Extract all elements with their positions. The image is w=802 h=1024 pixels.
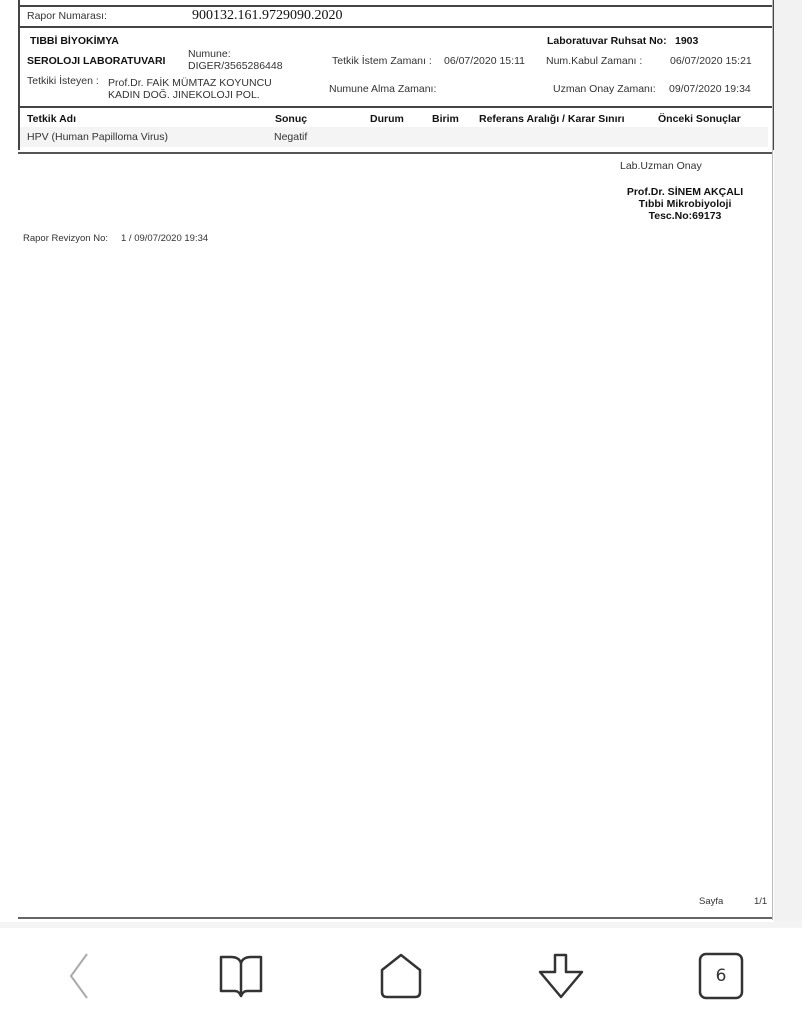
back-icon: [65, 952, 95, 1000]
divider: [18, 26, 772, 28]
ruhsat-label: Laboratuvar Ruhsat No:: [547, 35, 667, 47]
scroll-margin: [774, 0, 802, 922]
browser-bottom-toolbar: 6: [0, 928, 802, 1024]
revision-label: Rapor Revizyon No:: [23, 233, 108, 244]
approval-title: Lab.Uzman Onay: [620, 160, 702, 172]
divider: [18, 152, 772, 154]
kabul-value: 06/07/2020 15:21: [670, 55, 752, 67]
col-sonuc: Sonuç: [275, 113, 307, 125]
alma-label: Numune Alma Zamanı:: [329, 83, 436, 95]
home-icon: [376, 952, 426, 1000]
kabul-label: Num.Kabul Zamanı :: [546, 55, 642, 67]
revision-value: 1 / 09/07/2020 19:34: [121, 233, 208, 244]
doctor-department: KADIN DOĞ. JINEKOLOJI POL.: [108, 89, 260, 101]
onay-value: 09/07/2020 19:34: [669, 83, 751, 95]
result-test-name: HPV (Human Papilloma Virus): [27, 131, 168, 143]
numune-label: Numune:: [188, 48, 231, 60]
result-value: Negatif: [274, 131, 307, 143]
bookmarks-button[interactable]: [211, 946, 271, 1006]
bookmarks-icon: [217, 953, 265, 999]
col-onceki: Önceki Sonuçlar: [658, 113, 741, 125]
approver-dept: Tıbbi Mikrobiyoloji: [560, 198, 802, 210]
col-birim: Birim: [432, 113, 459, 125]
istem-label: Tetkik İstem Zamanı :: [332, 55, 432, 67]
tetkiki-isteyen-label: Tetkiki İsteyen :: [27, 75, 99, 87]
approver-tesc: Tesc.No:69173: [560, 210, 802, 222]
download-button[interactable]: [531, 946, 591, 1006]
back-button[interactable]: [50, 946, 110, 1006]
istem-value: 06/07/2020 15:11: [444, 55, 525, 67]
page-label: Sayfa: [699, 896, 723, 907]
onay-label: Uzman Onay Zamanı:: [553, 83, 656, 95]
page-bottom-divider: [18, 917, 772, 919]
ruhsat-value: 1903: [675, 35, 698, 47]
rapor-no-value: 900132.161.9729090.2020: [192, 8, 343, 24]
approver-name: Prof.Dr. SİNEM AKÇALI: [560, 186, 802, 198]
col-tetkik-adi: Tetkik Adı: [27, 113, 76, 125]
divider: [18, 5, 772, 7]
download-icon: [535, 952, 587, 1000]
home-button[interactable]: [371, 946, 431, 1006]
page-edge: [772, 0, 773, 920]
tab-count: 6: [716, 966, 727, 986]
divider: [18, 106, 772, 108]
col-durum: Durum: [370, 113, 404, 125]
department: TIBBİ BİYOKİMYA: [30, 35, 119, 47]
numune-value: DIGER/3565286448: [188, 60, 283, 72]
pdf-page: Rapor Numarası: 900132.161.9729090.2020 …: [0, 0, 774, 922]
doctor-name: Prof.Dr. FAİK MÜMTAZ KOYUNCU: [108, 77, 272, 89]
col-referans: Referans Aralığı / Karar Sınırı: [479, 113, 625, 125]
rapor-no-label: Rapor Numarası:: [27, 10, 107, 22]
lab-name: SEROLOJI LABORATUVARI: [27, 55, 165, 67]
tabs-button[interactable]: 6: [691, 946, 751, 1006]
page-value: 1/1: [754, 896, 767, 907]
